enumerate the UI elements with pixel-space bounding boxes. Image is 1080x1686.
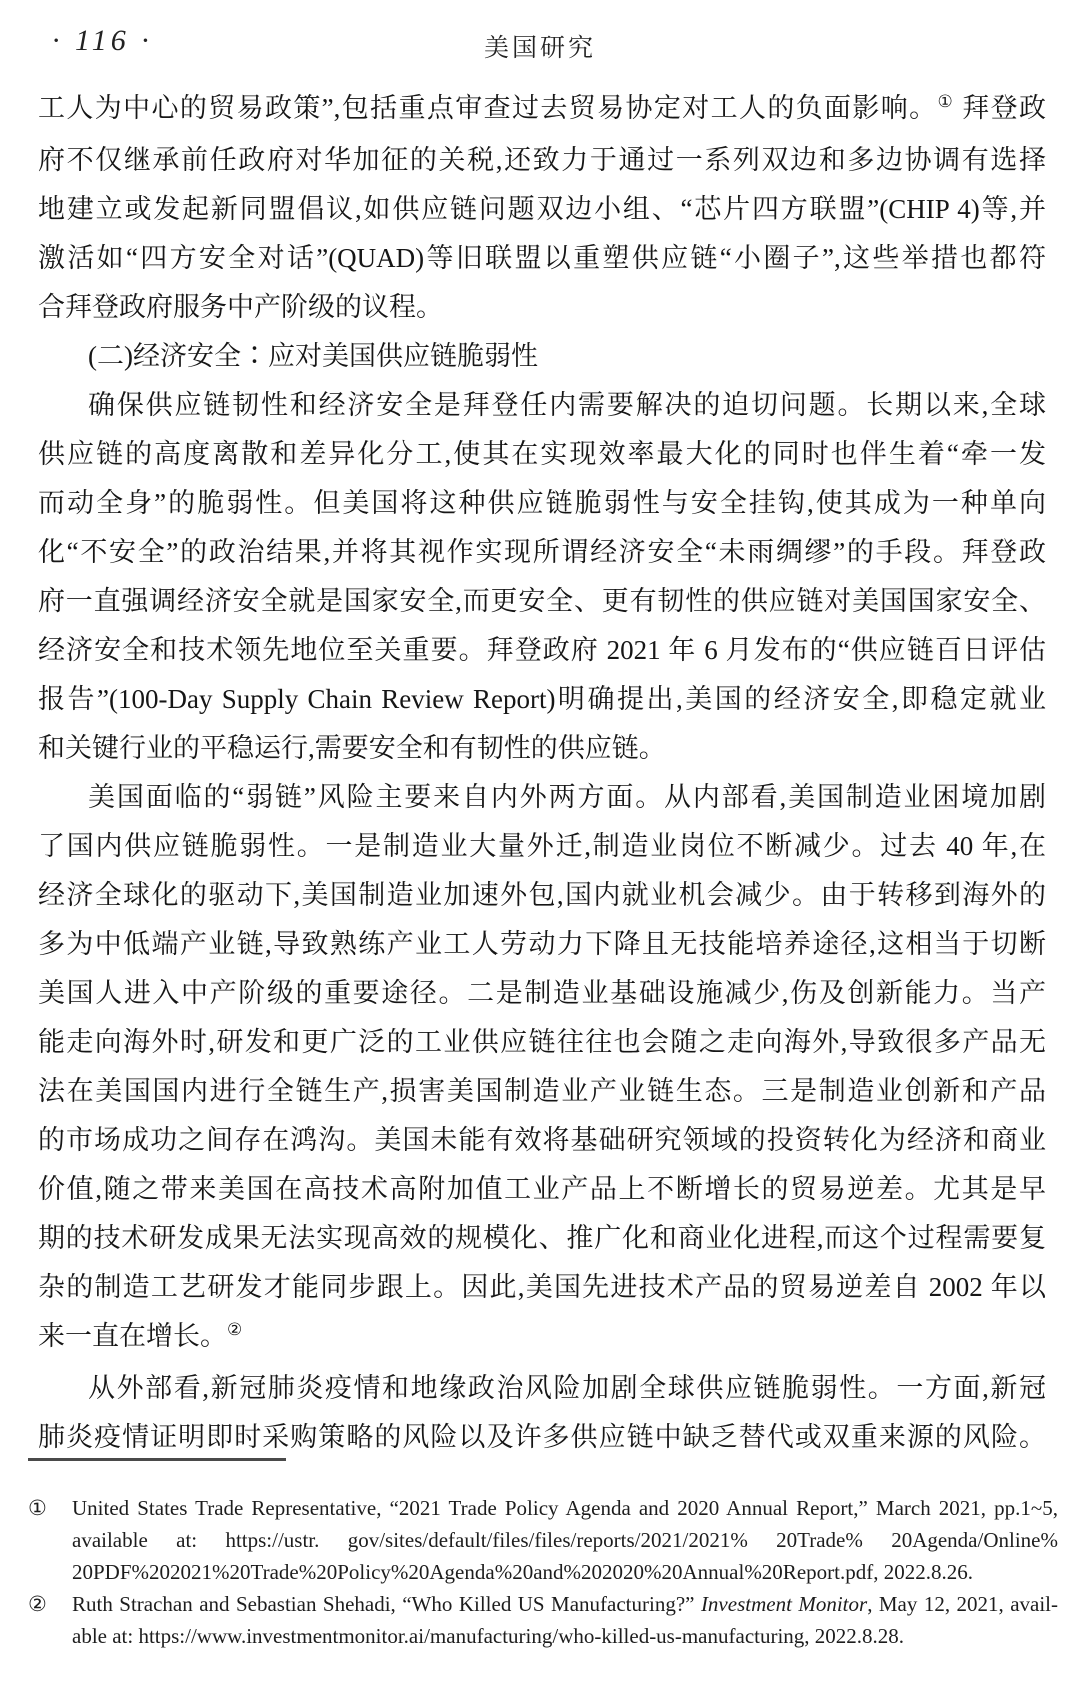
text-segment: 府一直强调经济安全就是国家安全,而更安全、更有韧性的供应链对美国国家安全、: [38, 586, 1046, 616]
footnote-line: Ruth Strachan and Sebastian Shehadi, “Wh…: [72, 1588, 1058, 1620]
section-heading: (二)经济安全∶应对美国供应链脆弱性: [38, 332, 1046, 381]
text-segment: United States Trade Representative, “202…: [72, 1496, 1058, 1520]
text-segment: 经济全球化的驱动下,美国制造业加速外包,国内就业机会减少。由于转移到海外的: [38, 880, 1046, 910]
text-segment: 府不仅继承前任政府对华加征的关税,还致力于通过一系列双边和多边协调有选择: [38, 145, 1046, 175]
text-segment: 从外部看,新冠肺炎疫情和地缘政治风险加剧全球供应链脆弱性。一方面,新冠: [88, 1373, 1046, 1403]
text-segment: 杂的制造工艺研发才能同步跟上。因此,美国先进技术产品的贸易逆差自 2002 年以: [38, 1272, 1046, 1302]
text-line: 能走向海外时,研发和更广泛的工业供应链往往也会随之走向海外,导致很多产品无: [38, 1018, 1046, 1067]
paragraph: 确保供应链韧性和经济安全是拜登任内需要解决的迫切问题。长期以来,全球供应链的高度…: [38, 381, 1046, 773]
text-segment: , May 12, 2021, avail-: [867, 1592, 1058, 1616]
text-segment: 化“不安全”的政治结果,并将其视作实现所谓经济安全“未雨绸缪”的手段。拜登政: [38, 537, 1046, 567]
text-segment: 法在美国国内进行全链生产,损害美国制造业产业链生态。三是制造业创新和产品: [38, 1076, 1046, 1106]
journal-title: 美国研究: [38, 22, 1042, 64]
text-line: 供应链的高度离散和差异化分工,使其在实现效率最大化的同时也伴生着“牵一发: [38, 430, 1046, 479]
text-segment: 地建立或发起新同盟倡议,如供应链问题双边小组、“芯片四方联盟”(CHIP 4)等…: [38, 194, 1046, 224]
text-segment: able at: https://www.investmentmonitor.a…: [72, 1624, 904, 1648]
text-line: 激活如“四方安全对话”(QUAD)等旧联盟以重塑供应链“小圈子”,这些举措也都符: [38, 234, 1046, 283]
text-line: 而动全身”的脆弱性。但美国将这种供应链脆弱性与安全挂钩,使其成为一种单向: [38, 479, 1046, 528]
page-number: · 116 ·: [52, 24, 153, 58]
footnote-line: 20PDF%202021%20Trade%20Policy%20Agenda%2…: [72, 1556, 1058, 1588]
text-segment: 激活如“四方安全对话”(QUAD)等旧联盟以重塑供应链“小圈子”,这些举措也都符: [38, 243, 1046, 273]
continuation-paragraph: 工人为中心的贸易政策”,包括重点审查过去贸易协定对工人的负面影响。① 拜登政府不…: [38, 84, 1046, 332]
text-segment: 来一直在增长。: [38, 1321, 227, 1351]
paragraph: 从外部看,新冠肺炎疫情和地缘政治风险加剧全球供应链脆弱性。一方面,新冠肺炎疫情证…: [38, 1364, 1046, 1462]
text-line: 的市场成功之间存在鸿沟。美国未能有效将基础研究领域的投资转化为经济和商业: [38, 1116, 1046, 1165]
paragraph: 美国面临的“弱链”风险主要来自内外两方面。从内部看,美国制造业困境加剧了国内供应…: [38, 773, 1046, 1364]
footnote-line: available at: https://ustr. gov/sites/de…: [72, 1524, 1058, 1556]
text-line: 府不仅继承前任政府对华加征的关税,还致力于通过一系列双边和多边协调有选择: [38, 136, 1046, 185]
text-line: 价值,随之带来美国在高技术高附加值工业产品上不断增长的贸易逆差。尤其是早: [38, 1165, 1046, 1214]
text-line: 从外部看,新冠肺炎疫情和地缘政治风险加剧全球供应链脆弱性。一方面,新冠: [38, 1364, 1046, 1413]
footnote-ref: ②: [227, 1320, 242, 1339]
footnote-ref: ①: [938, 92, 955, 111]
text-segment: 多为中低端产业链,导致熟练产业工人劳动力下降且无技能培养途径,这相当于切断: [38, 929, 1046, 959]
text-segment: 美国人进入中产阶级的重要途径。二是制造业基础设施减少,伤及创新能力。当产: [38, 978, 1046, 1008]
text-line: 法在美国国内进行全链生产,损害美国制造业产业链生态。三是制造业创新和产品: [38, 1067, 1046, 1116]
text-segment: 价值,随之带来美国在高技术高附加值工业产品上不断增长的贸易逆差。尤其是早: [38, 1174, 1046, 1204]
text-segment: 报告”(100-Day Supply Chain Review Report)明…: [38, 684, 1046, 714]
text-segment: 美国面临的“弱链”风险主要来自内外两方面。从内部看,美国制造业困境加剧: [88, 782, 1046, 812]
footnote-line: United States Trade Representative, “202…: [72, 1492, 1058, 1524]
article-body: 工人为中心的贸易政策”,包括重点审查过去贸易协定对工人的负面影响。① 拜登政府不…: [38, 84, 1046, 1462]
text-segment: Ruth Strachan and Sebastian Shehadi, “Wh…: [72, 1592, 701, 1616]
text-segment: 经济安全和技术领先地位至关重要。拜登政府 2021 年 6 月发布的“供应链百日…: [38, 635, 1046, 665]
text-segment: 确保供应链韧性和经济安全是拜登任内需要解决的迫切问题。长期以来,全球: [88, 390, 1046, 420]
text-line: 杂的制造工艺研发才能同步跟上。因此,美国先进技术产品的贸易逆差自 2002 年以: [38, 1263, 1046, 1312]
text-line: 报告”(100-Day Supply Chain Review Report)明…: [38, 675, 1046, 724]
footnote-number: ②: [28, 1588, 72, 1652]
text-line: 和关键行业的平稳运行,需要安全和有韧性的供应链。: [38, 724, 1046, 773]
footnotes: ①United States Trade Representative, “20…: [28, 1492, 1058, 1652]
footnote-divider: [28, 1458, 286, 1461]
text-segment: 供应链的高度离散和差异化分工,使其在实现效率最大化的同时也伴生着“牵一发: [38, 439, 1046, 469]
text-segment: 拜登政: [954, 93, 1046, 123]
text-segment: 工人为中心的贸易政策”,包括重点审查过去贸易协定对工人的负面影响。: [38, 93, 938, 123]
footnote-item: ①United States Trade Representative, “20…: [28, 1492, 1058, 1588]
text-line: (二)经济安全∶应对美国供应链脆弱性: [38, 332, 1046, 381]
text-line: 工人为中心的贸易政策”,包括重点审查过去贸易协定对工人的负面影响。① 拜登政: [38, 84, 1046, 136]
footnote-text: Ruth Strachan and Sebastian Shehadi, “Wh…: [72, 1588, 1058, 1652]
footnote-text: United States Trade Representative, “202…: [72, 1492, 1058, 1588]
text-line: 来一直在增长。②: [38, 1312, 1046, 1364]
text-segment: (二)经济安全∶应对美国供应链脆弱性: [88, 341, 538, 371]
text-line: 肺炎疫情证明即时采购策略的风险以及许多供应链中缺乏替代或双重来源的风险。: [38, 1413, 1046, 1462]
text-line: 府一直强调经济安全就是国家安全,而更安全、更有韧性的供应链对美国国家安全、: [38, 577, 1046, 626]
text-segment: 和关键行业的平稳运行,需要安全和有韧性的供应链。: [38, 733, 666, 763]
italic-text: Investment Monitor: [701, 1592, 867, 1616]
text-line: 多为中低端产业链,导致熟练产业工人劳动力下降且无技能培养途径,这相当于切断: [38, 920, 1046, 969]
text-segment: 而动全身”的脆弱性。但美国将这种供应链脆弱性与安全挂钩,使其成为一种单向: [38, 488, 1046, 518]
footnote-item: ②Ruth Strachan and Sebastian Shehadi, “W…: [28, 1588, 1058, 1652]
text-line: 合拜登政府服务中产阶级的议程。: [38, 283, 1046, 332]
text-segment: 肺炎疫情证明即时采购策略的风险以及许多供应链中缺乏替代或双重来源的风险。: [38, 1422, 1046, 1452]
text-segment: 的市场成功之间存在鸿沟。美国未能有效将基础研究领域的投资转化为经济和商业: [38, 1125, 1046, 1155]
text-line: 期的技术研发成果无法实现高效的规模化、推广化和商业化进程,而这个过程需要复: [38, 1214, 1046, 1263]
text-segment: 20PDF%202021%20Trade%20Policy%20Agenda%2…: [72, 1560, 973, 1584]
journal-page: · 116 · 美国研究 工人为中心的贸易政策”,包括重点审查过去贸易协定对工人…: [0, 0, 1080, 1686]
text-line: 经济安全和技术领先地位至关重要。拜登政府 2021 年 6 月发布的“供应链百日…: [38, 626, 1046, 675]
text-segment: 合拜登政府服务中产阶级的议程。: [38, 292, 443, 322]
text-line: 美国人进入中产阶级的重要途径。二是制造业基础设施减少,伤及创新能力。当产: [38, 969, 1046, 1018]
footnote-number: ①: [28, 1492, 72, 1588]
text-segment: 期的技术研发成果无法实现高效的规模化、推广化和商业化进程,而这个过程需要复: [38, 1223, 1046, 1253]
text-line: 美国面临的“弱链”风险主要来自内外两方面。从内部看,美国制造业困境加剧: [38, 773, 1046, 822]
footnote-line: able at: https://www.investmentmonitor.a…: [72, 1620, 1058, 1652]
text-segment: 了国内供应链脆弱性。一是制造业大量外迁,制造业岗位不断减少。过去 40 年,在: [38, 831, 1046, 861]
page-header: · 116 · 美国研究: [38, 22, 1042, 62]
text-line: 了国内供应链脆弱性。一是制造业大量外迁,制造业岗位不断减少。过去 40 年,在: [38, 822, 1046, 871]
text-segment: available at: https://ustr. gov/sites/de…: [72, 1528, 1058, 1552]
text-line: 经济全球化的驱动下,美国制造业加速外包,国内就业机会减少。由于转移到海外的: [38, 871, 1046, 920]
text-segment: 能走向海外时,研发和更广泛的工业供应链往往也会随之走向海外,导致很多产品无: [38, 1027, 1046, 1057]
text-line: 地建立或发起新同盟倡议,如供应链问题双边小组、“芯片四方联盟”(CHIP 4)等…: [38, 185, 1046, 234]
text-line: 确保供应链韧性和经济安全是拜登任内需要解决的迫切问题。长期以来,全球: [38, 381, 1046, 430]
text-line: 化“不安全”的政治结果,并将其视作实现所谓经济安全“未雨绸缪”的手段。拜登政: [38, 528, 1046, 577]
